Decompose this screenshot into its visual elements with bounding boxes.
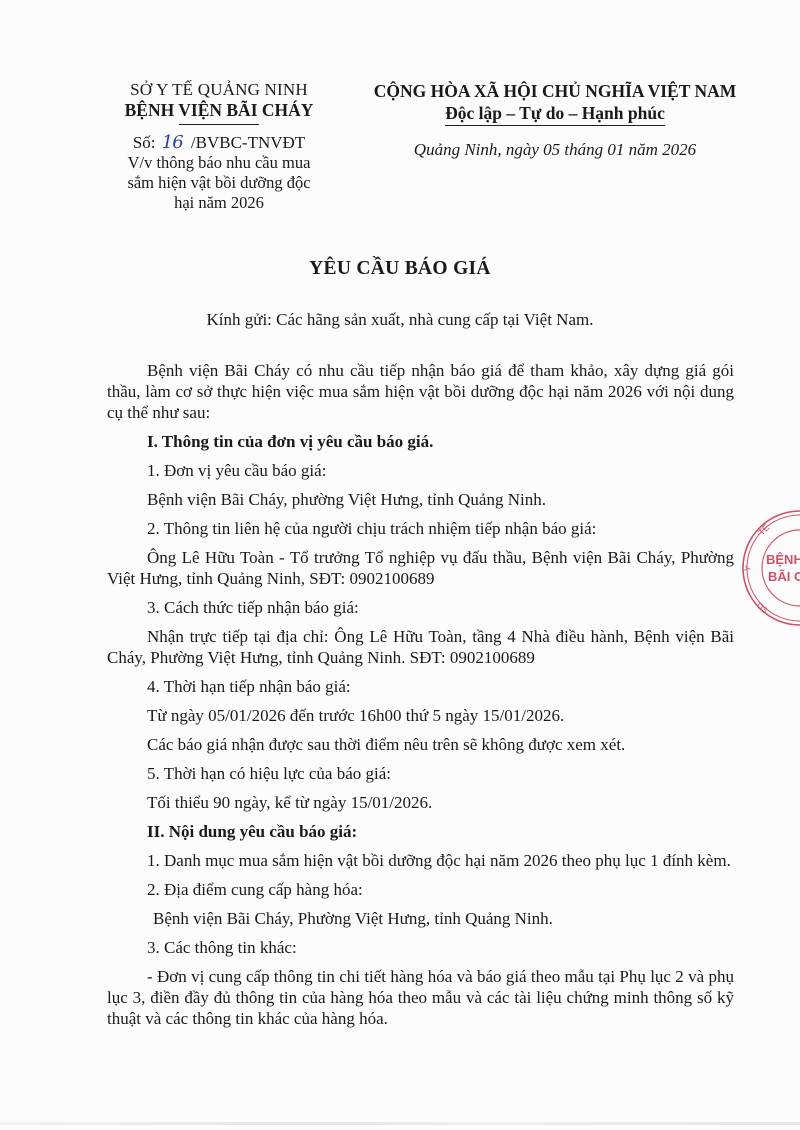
scan-bottom-edge [0,1122,800,1125]
item-content: 1. Danh mục mua sắm hiện vật bồi dưỡng đ… [107,850,734,871]
item-content: Bệnh viện Bãi Cháy, phường Việt Hưng, tỉ… [107,489,734,510]
intro-paragraph: Bệnh viện Bãi Cháy có nhu cầu tiếp nhận … [107,360,734,423]
item-content: Tối thiểu 90 ngày, kể từ ngày 15/01/2026… [107,792,734,813]
document-body: Bệnh viện Bãi Cháy có nhu cầu tiếp nhận … [107,360,734,1037]
header-divider [179,124,259,125]
national-header-block: CỘNG HÒA XÃ HỘI CHỦ NGHĨA VIỆT NAM Độc l… [360,80,750,160]
national-title: CỘNG HÒA XÃ HỘI CHỦ NGHĨA VIỆT NAM [360,80,750,102]
document-subject: V/v thông báo nhu cầu mua sắm hiện vật b… [96,153,342,213]
item-label: 2. Thông tin liên hệ của người chịu trác… [107,518,734,539]
item-content: Bệnh viện Bãi Cháy, Phường Việt Hưng, tỉ… [107,908,734,929]
item-content: Nhận trực tiếp tại địa chỉ: Ông Lê Hữu T… [107,626,734,668]
issuing-agency-block: SỞ Y TẾ QUẢNG NINH BỆNH VIỆN BÃI CHÁY Số… [96,80,342,213]
document-number: Số: 16 /BVBC-TNVĐT [96,133,342,153]
item-label: 2. Địa điểm cung cấp hàng hóa: [107,879,734,900]
subject-line: V/v thông báo nhu cầu mua [96,153,342,173]
item-label: 3. Cách thức tiếp nhận báo giá: [107,597,734,618]
item-content: - Đơn vị cung cấp thông tin chi tiết hàn… [107,966,734,1029]
seal-center-line-1: BỆNH [766,552,800,567]
document-title: YÊU CẦU BÁO GIÁ [0,258,800,280]
organization-name: BỆNH VIỆN BÃI CHÁY [96,100,342,120]
item-label: 1. Đơn vị yêu cầu báo giá: [107,460,734,481]
section-heading-2: II. Nội dung yêu cầu báo giá: [107,821,734,842]
official-seal-stamp: Y TẾ OS BỆNH BÃI C [740,508,800,628]
section-heading-1: I. Thông tin của đơn vị yêu cầu báo giá. [107,431,734,452]
document-page: SỞ Y TẾ QUẢNG NINH BỆNH VIỆN BÃI CHÁY Số… [0,0,800,1130]
parent-organization: SỞ Y TẾ QUẢNG NINH [96,80,342,100]
subject-line: hại năm 2026 [96,193,342,213]
seal-ring-letter: Y [742,565,753,573]
item-label: 4. Thời hạn tiếp nhận báo giá: [107,676,734,697]
item-label: 3. Các thông tin khác: [107,937,734,958]
subject-line: sắm hiện vật bồi dưỡng độc [96,173,342,193]
national-motto: Độc lập – Tự do – Hạnh phúc [445,102,665,126]
item-content: Ông Lê Hữu Toàn - Tổ trưởng Tổ nghiệp vụ… [107,547,734,589]
handwritten-number: 16 [162,132,183,153]
item-content: Từ ngày 05/01/2026 đến trước 16h00 thứ 5… [107,705,734,726]
document-number-code: /BVBC-TNVĐT [191,133,305,152]
item-note: Các báo giá nhận được sau thời điểm nêu … [107,734,734,755]
recipient-line: Kính gửi: Các hãng sản xuất, nhà cung cấ… [0,310,800,330]
place-and-date: Quảng Ninh, ngày 05 tháng 01 năm 2026 [360,140,750,160]
document-number-label: Số: [133,133,156,152]
item-label: 5. Thời hạn có hiệu lực của báo giá: [107,763,734,784]
seal-center-line-2: BÃI C [768,569,800,584]
seal-bottom-text: OS [755,601,770,615]
